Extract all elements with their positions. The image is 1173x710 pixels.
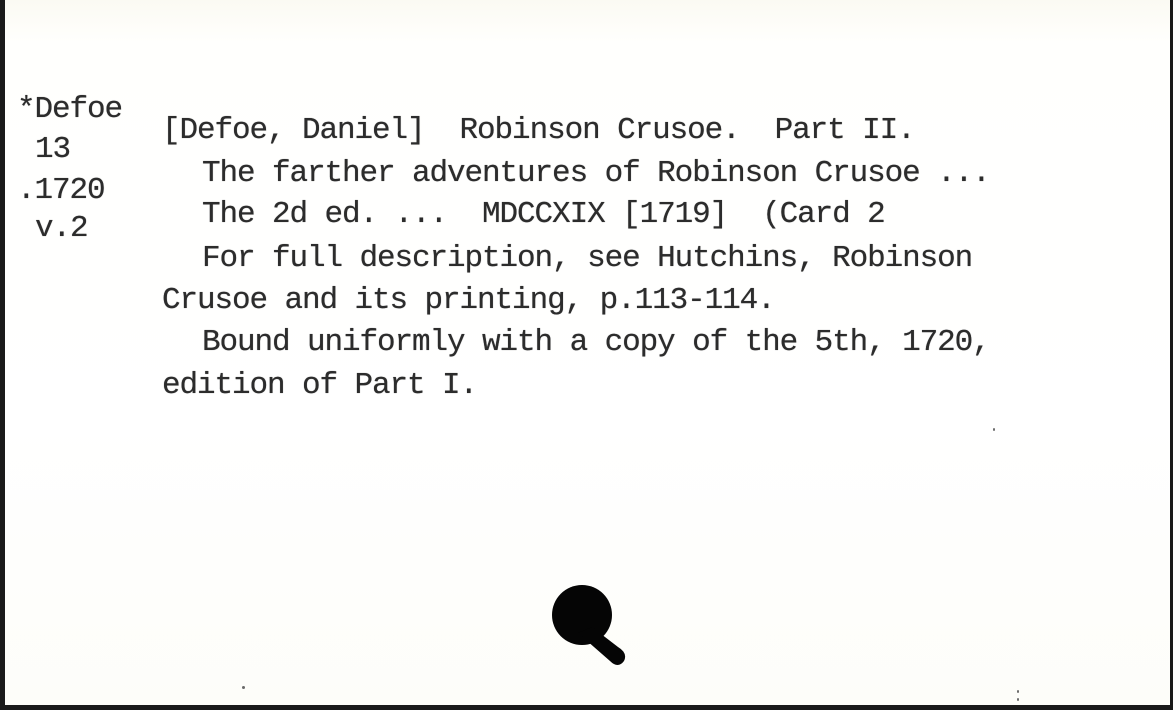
catalog-card: *Defoe 13 .1720 v.2 [Defoe, Daniel] Robi…: [5, 0, 1170, 705]
filled-q-mark-icon: [548, 575, 628, 675]
paper-speck: [993, 428, 995, 431]
entry-note-line: Crusoe and its printing, p.113-114.: [162, 285, 775, 316]
call-number-line: .1720: [17, 175, 105, 206]
entry-note-line: Bound uniformly with a copy of the 5th, …: [202, 327, 990, 358]
entry-title-line: The farther adventures of Robinson Cruso…: [202, 158, 990, 189]
call-number-line: *Defoe: [17, 94, 122, 125]
paper-speck: [1017, 698, 1019, 701]
entry-note-line: For full description, see Hutchins, Robi…: [202, 243, 972, 274]
entry-edition-line: The 2d ed. ... MDCCXIX [1719] (Card 2: [202, 199, 885, 230]
entry-heading: [Defoe, Daniel] Robinson Crusoe. Part II…: [162, 115, 915, 146]
entry-note-line: edition of Part I.: [162, 370, 477, 401]
paper-speck: [1017, 690, 1019, 693]
call-number-line: 13: [35, 134, 70, 165]
call-number-line: v.2: [35, 213, 88, 244]
paper-speck: [242, 686, 245, 689]
